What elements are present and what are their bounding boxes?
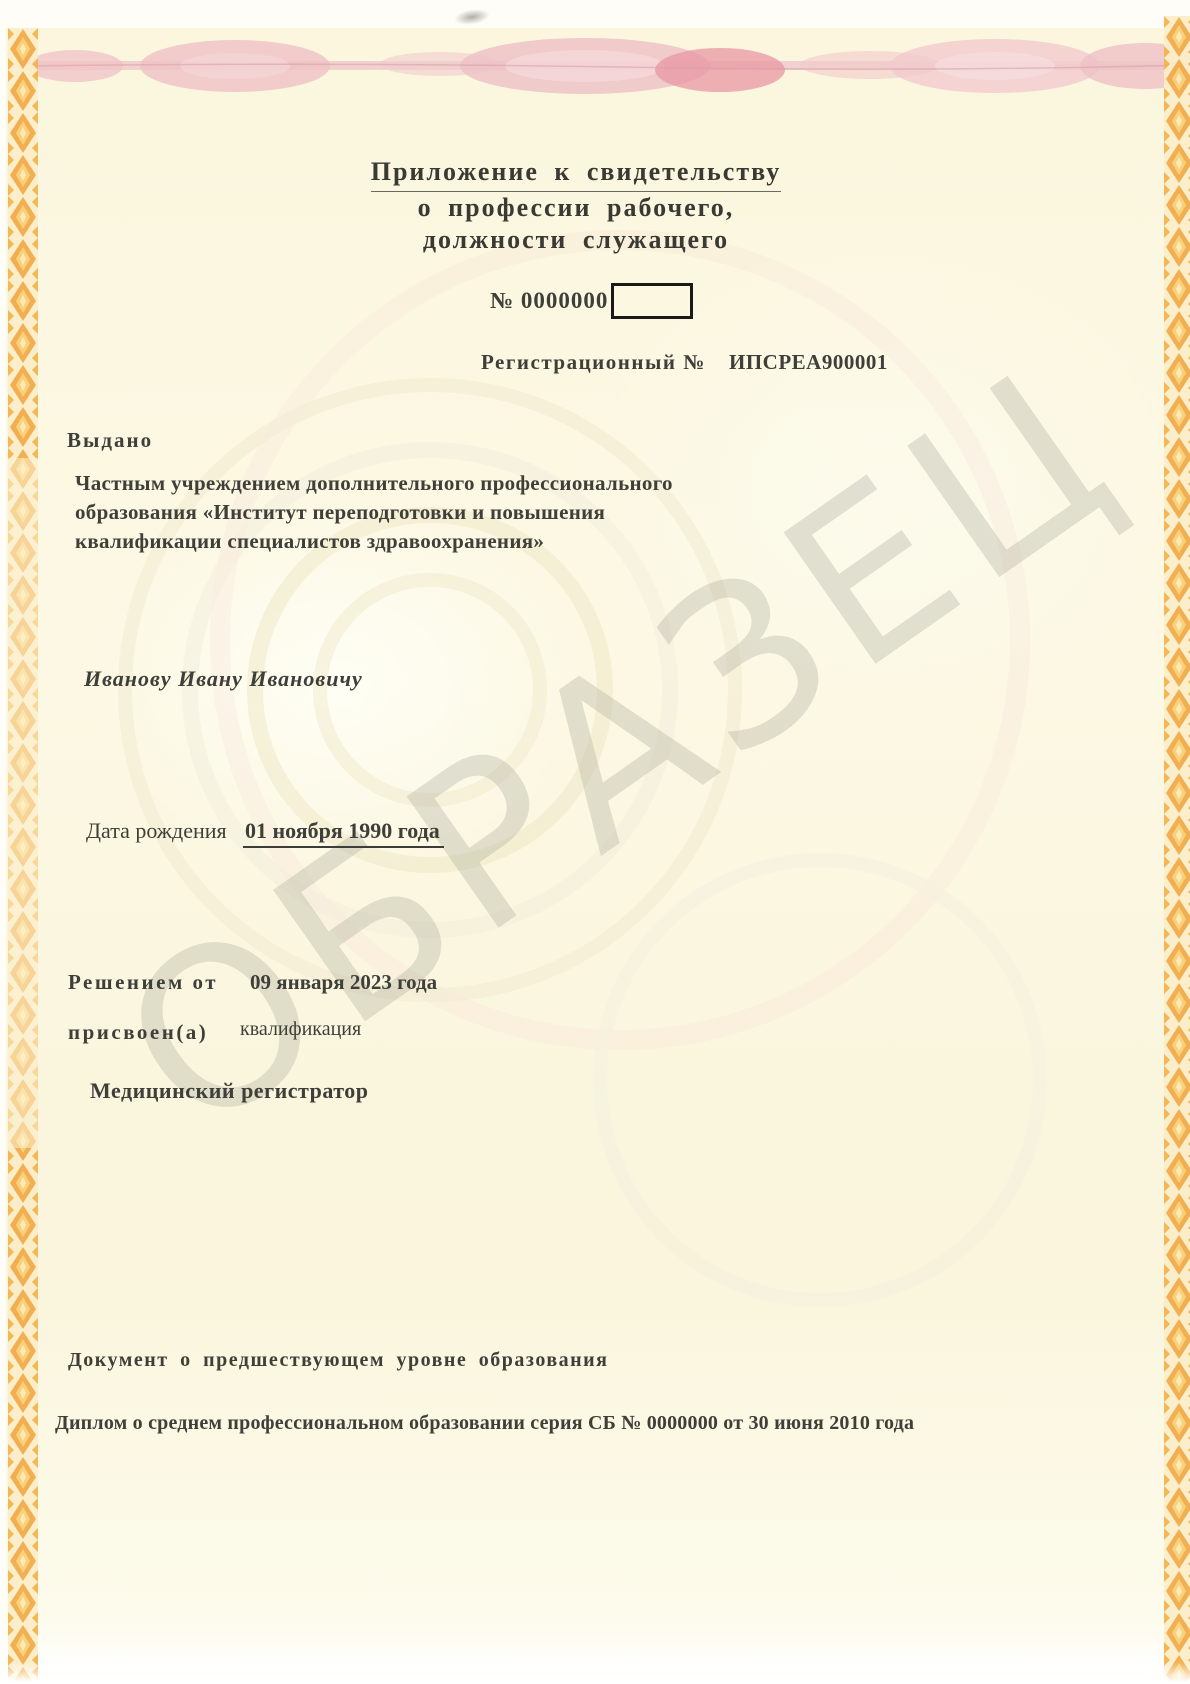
title-line-2: о профессии рабочего,: [418, 193, 735, 222]
qualification-value: Медицинский регистратор: [90, 1078, 369, 1104]
registration-label: Регистрационный №: [481, 350, 706, 375]
decision-date-value: 09 января 2023 года: [250, 970, 437, 995]
title-line-3: должности служащего: [423, 225, 729, 254]
title-line-1: Приложение к свидетельству: [371, 156, 782, 192]
serial-number-box: [611, 283, 693, 319]
registration-value: ИПСРЕА900001: [729, 350, 888, 375]
scan-bottom-fade: [0, 1662, 1190, 1684]
assigned-label: присвоен(а): [68, 1020, 208, 1045]
birth-date-line: Дата рождения 01 ноября 1990 года: [0, 818, 1190, 852]
assigned-line: присвоен(а) квалификация: [0, 1020, 1190, 1050]
serial-number-line: № 0000000: [490, 283, 693, 319]
issuer-line-2: образования «Институт переподготовки и п…: [75, 500, 605, 524]
birth-date-label: Дата рождения: [86, 818, 227, 844]
registration-line: Регистрационный № ИПСРЕА900001: [0, 350, 1190, 380]
document-content: Приложение к свидетельству о профессии р…: [0, 0, 1190, 1684]
recipient-name: Иванову Ивану Ивановичу: [84, 666, 363, 692]
certificate-page: ОБРАЗЕЦ Приложение к свидетельству о про…: [0, 0, 1190, 1684]
decision-line: Решением от 09 января 2023 года: [0, 970, 1190, 1000]
issuer-name: Частным учреждением дополнительного проф…: [75, 469, 673, 556]
decision-date-label: Решением от: [68, 970, 218, 995]
issuer-line-3: квалификации специалистов здравоохранени…: [75, 529, 544, 553]
issuer-line-1: Частным учреждением дополнительного проф…: [75, 471, 673, 495]
serial-number: № 0000000: [490, 288, 608, 314]
birth-date-value: 01 ноября 1990 года: [243, 818, 444, 848]
document-title: Приложение к свидетельству о профессии р…: [0, 156, 1152, 256]
issued-label: Выдано: [67, 428, 153, 453]
previous-education-heading: Документ о предшествующем уровне образов…: [68, 1349, 609, 1372]
previous-education-value: Диплом о среднем профессиональном образо…: [55, 1412, 914, 1435]
qualification-word: квалификация: [240, 1018, 361, 1041]
